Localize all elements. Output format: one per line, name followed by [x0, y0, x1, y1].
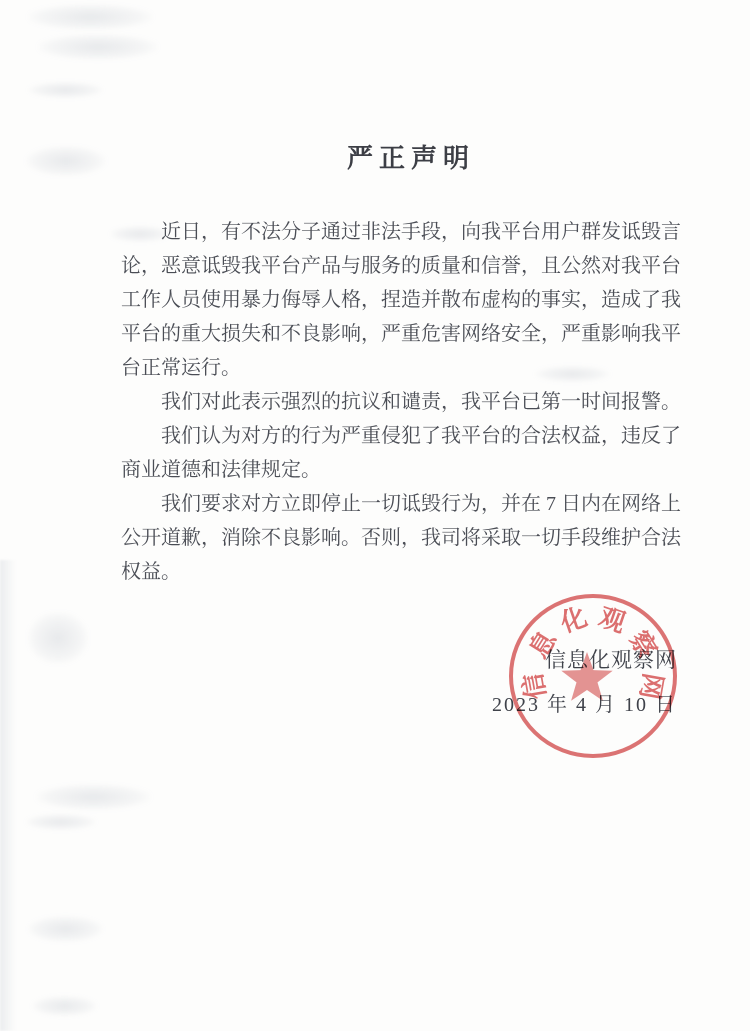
signature-org: 信息化观察网 — [121, 645, 677, 675]
scan-smudge — [26, 814, 96, 830]
signature-block: 信息化观察网 2023 年 4 月 10 日 — [121, 645, 677, 719]
signature-date: 2023 年 4 月 10 日 — [121, 691, 677, 719]
scanned-statement-page: 严正声明 近日，有不法分子通过非法手段，向我平台用户群发诋毁言 论，恶意诋毁我平… — [0, 0, 750, 1031]
scan-smudge — [36, 784, 151, 810]
paragraph-3: 我们认为对方的行为严重侵犯了我平台的合法权益，违反了 商业道德和法律规定。 — [121, 419, 701, 487]
statement-title: 严正声明 — [121, 138, 701, 175]
seal-char-3: 化 — [556, 602, 591, 638]
scan-smudge — [28, 612, 88, 664]
seal-char-4: 观 — [595, 602, 629, 638]
scan-smudge — [28, 4, 153, 30]
scan-smudge — [28, 82, 103, 98]
paragraph-4: 我们要求对方立即停止一切诋毁行为，并在 7 日内在网络上 公开道歉，消除不良影响… — [121, 487, 701, 589]
scan-smudge — [32, 996, 97, 1016]
paragraph-2: 我们对此表示强烈的抗议和谴责，我平台已第一时间报警。 — [121, 385, 701, 419]
scan-smudge — [26, 146, 106, 176]
paragraph-1: 近日，有不法分子通过非法手段，向我平台用户群发诋毁言 论，恶意诋毁我平台产品与服… — [121, 215, 701, 385]
scan-smudge — [38, 34, 158, 60]
scan-edge-shadow — [0, 560, 16, 1031]
scan-smudge — [28, 916, 103, 942]
statement-body: 近日，有不法分子通过非法手段，向我平台用户群发诋毁言 论，恶意诋毁我平台产品与服… — [121, 215, 701, 589]
